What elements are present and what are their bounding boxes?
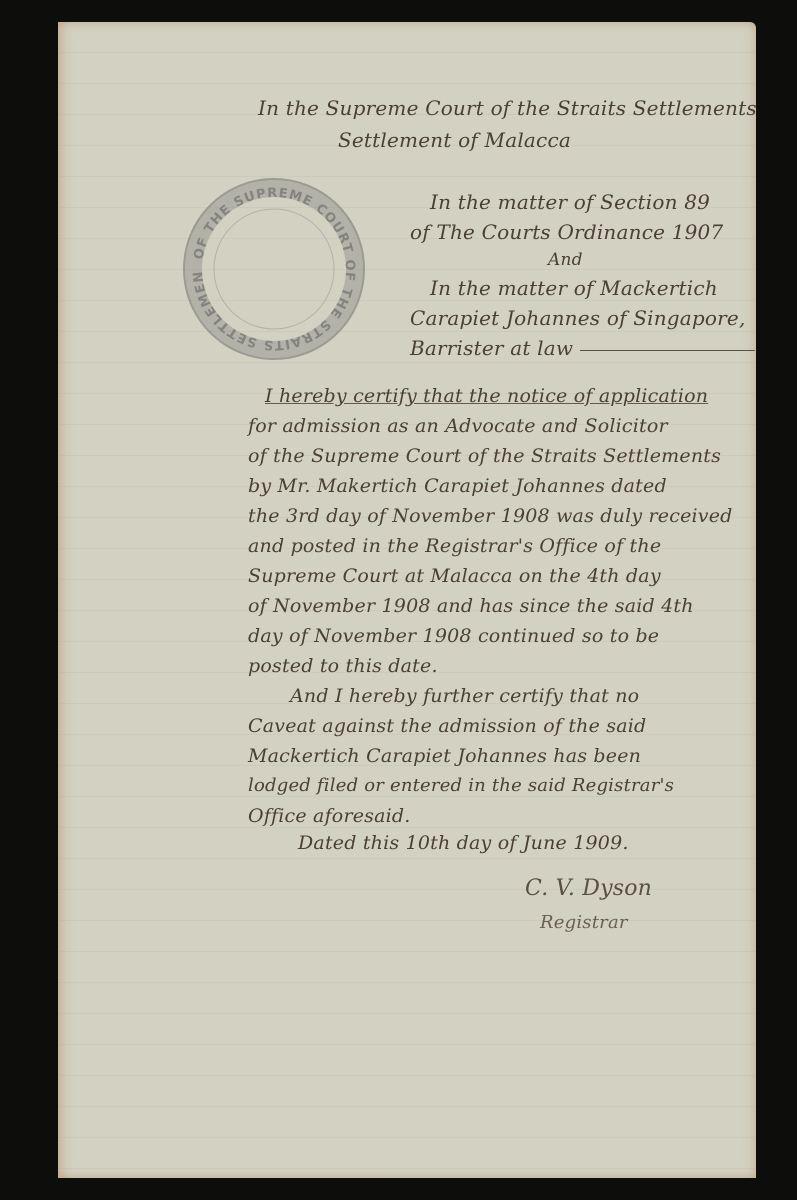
body-p1-line-5: the 3rd day of November 1908 was duly re…	[248, 505, 733, 527]
body-p1-line-10: posted to this date.	[248, 655, 438, 677]
matter-line-5: Barrister at law	[410, 336, 573, 360]
body-p1-line-6: and posted in the Registrar's Office of …	[248, 535, 661, 557]
signature-name: C. V. Dyson	[525, 876, 652, 901]
body-p1-line-7: Supreme Court at Malacca on the 4th day	[248, 565, 661, 587]
body-p1-line-9: day of November 1908 continued so to be	[248, 625, 659, 647]
matter-line-1: In the matter of Section 89	[430, 190, 710, 214]
body-p2-line-2: Caveat against the admission of the said	[248, 715, 646, 737]
heading-line-1: In the Supreme Court of the Straits Sett…	[258, 96, 757, 120]
seal-icon: OF THE SUPREME COURT OF THE STRAITS SETT…	[185, 180, 363, 358]
court-seal: OF THE SUPREME COURT OF THE STRAITS SETT…	[183, 178, 365, 360]
body-p1-line-1: I hereby certify that the notice of appl…	[265, 385, 708, 407]
matter-rule	[580, 350, 755, 351]
body-p2-line-3: Mackertich Carapiet Johannes has been	[248, 745, 641, 767]
dated-line: Dated this 10th day of June 1909.	[298, 832, 629, 854]
body-p1-line-2: for admission as an Advocate and Solicit…	[248, 415, 668, 437]
body-p2-line-1: And I hereby further certify that no	[290, 685, 639, 707]
matter-line-2: of The Courts Ordinance 1907	[410, 220, 723, 244]
body-p1-line-3: of the Supreme Court of the Straits Sett…	[248, 445, 721, 467]
body-p1-line-8: of November 1908 and has since the said …	[248, 595, 694, 617]
matter-connector: And	[548, 250, 583, 270]
svg-text:OF THE SUPREME COURT OF THE ST: OF THE SUPREME COURT OF THE STRAITS SETT…	[185, 180, 357, 352]
body-p2-line-5: Office aforesaid.	[248, 805, 411, 827]
body-p2-line-4: lodged filed or entered in the said Regi…	[248, 775, 674, 796]
matter-line-3: In the matter of Mackertich	[430, 276, 718, 300]
matter-line-4: Carapiet Johannes of Singapore,	[410, 306, 746, 330]
heading-line-2: Settlement of Malacca	[338, 128, 571, 152]
body-p1-line-4: by Mr. Makertich Carapiet Johannes dated	[248, 475, 667, 497]
signature-title: Registrar	[540, 912, 628, 933]
